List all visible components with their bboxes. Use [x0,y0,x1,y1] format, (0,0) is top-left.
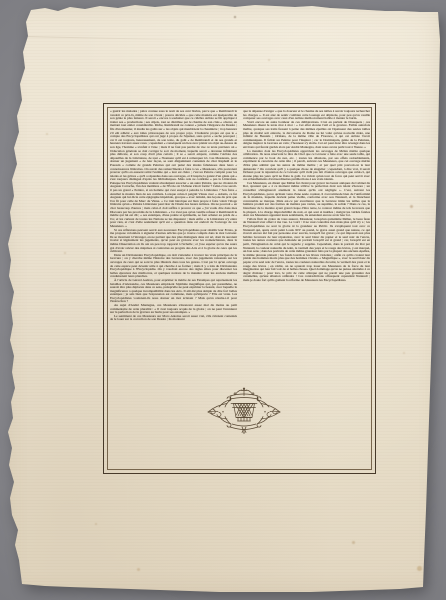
foxing-stain [417,566,422,571]
paper-shadow-wrap: « guérir les malades ; pièce connue sous… [0,0,446,600]
tailpiece-ornament-icon [205,387,283,434]
paragraph: « guérir les malades ; pièce connue sous… [110,110,237,229]
paragraph: Ces Messieurs, en disant que Mélan fut c… [243,182,370,218]
foxing-stain [352,541,355,544]
text-column-right: que la dépense d'exiger « que la douceur… [243,110,370,373]
photograph-background: « guérir les malades ; pièce connue sous… [0,0,446,600]
paragraph: Voici encore un autre bonheur de ces dél… [243,121,370,150]
paragraph: Si ces réflexions peuvent servir aux nou… [110,229,237,254]
foxing-stain [234,16,236,18]
foxing-stain [403,352,405,354]
foxing-stain [268,59,270,61]
foxing-stain [137,568,140,571]
paragraph: Le sentiment de ces Messieurs sur Marc-A… [110,315,237,322]
foxing-stain [46,133,48,135]
paper-sheet: « guérir les malades ; pièce connue sous… [0,0,446,600]
paragraph: La manière dont les Encyclopédistes appr… [243,150,370,182]
text-column-left: « guérir les malades ; pièce connue sous… [110,110,237,373]
foxing-stain [410,205,413,208]
foxing-stain [64,252,66,254]
paragraph: Dans un Dictionnaire Encyclopédique, on … [110,254,237,279]
paragraph: À l'article de Gérard Audran, pour expri… [110,279,237,304]
paper-crease [28,36,213,41]
text-block: « guérir les malades ; pièce connue sous… [110,110,370,373]
foxing-stain [95,523,97,525]
paragraph: J'allois finir de croire de vous assurer… [243,218,370,283]
